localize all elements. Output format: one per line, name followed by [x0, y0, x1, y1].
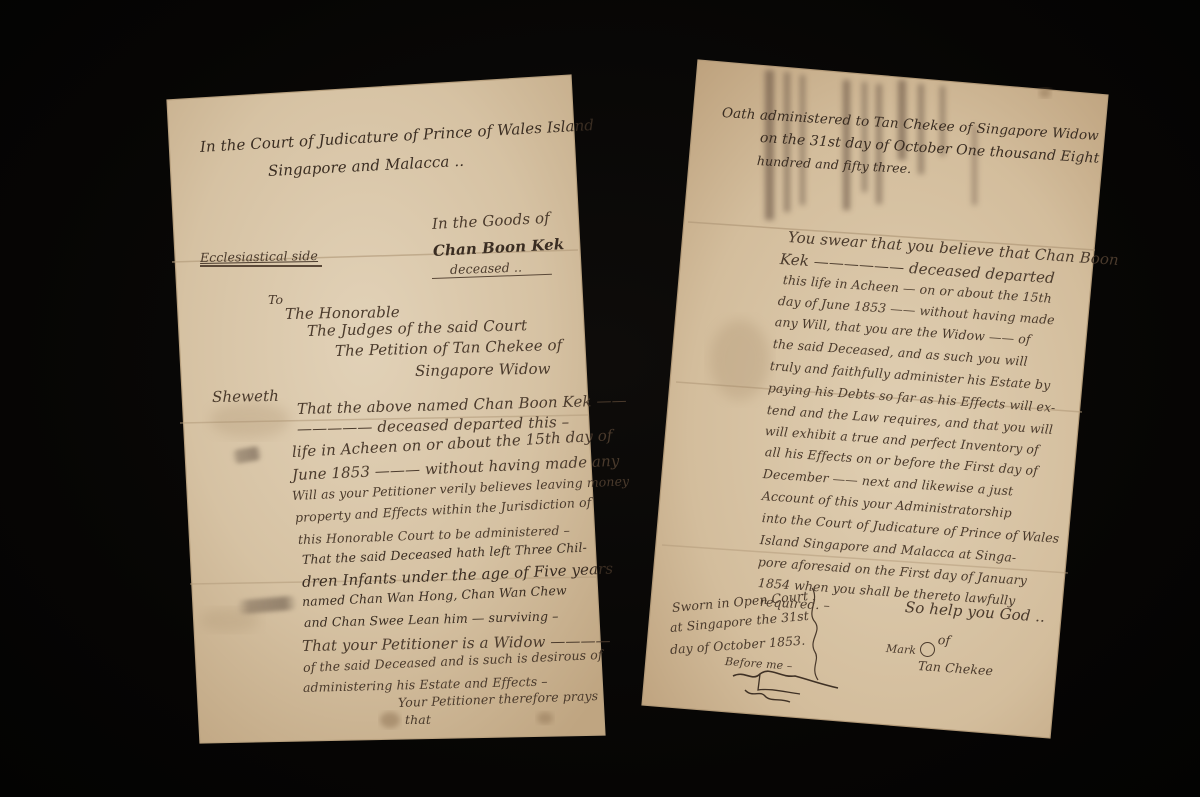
left-document-sheet	[167, 75, 605, 743]
right-document-sheet	[642, 60, 1108, 738]
document-sheets	[0, 0, 1200, 797]
